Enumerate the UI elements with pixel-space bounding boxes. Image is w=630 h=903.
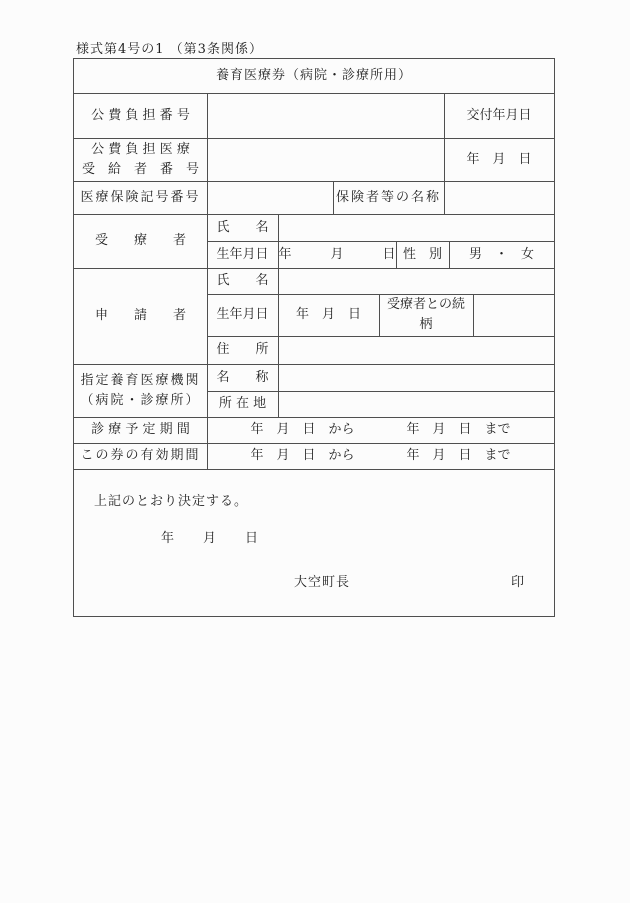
applicant-label: 申 請 者: [74, 268, 207, 364]
care-recipient-birthdate-value: 年 月 日: [278, 241, 396, 268]
insurance-number-label: 医療保険記号番号: [74, 181, 207, 214]
relationship-value: [473, 294, 554, 336]
voucher-table: 養育医療券（病院・診療所用） 公 費 負 担 番 号 交付年月日 公 費 負 担…: [73, 58, 555, 617]
insurer-name-label: 保険者等の名称: [333, 181, 444, 214]
institution-name-label: 名 称: [207, 364, 278, 391]
care-recipient-birthdate-label: 生年月日: [207, 241, 278, 268]
validity-period-label: この券の有効期間: [74, 443, 207, 469]
seal-mark: 印: [511, 570, 525, 596]
issue-date-label: 交付年月日: [444, 93, 554, 138]
issue-date-value: 年 月 日: [444, 138, 554, 181]
care-recipient-label: 受 療 者: [74, 214, 207, 268]
public-expense-number-label: 公 費 負 担 番 号: [74, 93, 207, 138]
mayor-name: 大空町長: [294, 570, 350, 596]
designated-institution-label-line2: （病院・診療所）: [80, 391, 200, 411]
treatment-period-value: 年 月 日 から 年 月 日 まで: [207, 417, 554, 443]
designated-institution-label-line1: 指定養育医療機関: [80, 371, 200, 391]
recipient-number-label-line1: 公 費 負 担 医 療: [91, 140, 190, 160]
recipient-number-label: 公 費 負 担 医 療 受 給 者 番 号: [74, 138, 207, 181]
applicant-name-label: 氏 名: [207, 268, 278, 294]
applicant-address-value: [278, 336, 554, 364]
sex-label: 性 別: [396, 241, 449, 268]
relationship-label: 受療者との続柄: [379, 294, 473, 336]
validity-period-value: 年 月 日 から 年 月 日 まで: [207, 443, 554, 469]
decision-date: 年 月 日: [161, 526, 259, 552]
insurer-name-value: [444, 181, 554, 214]
applicant-address-label: 住 所: [207, 336, 278, 364]
institution-name-value: [278, 364, 554, 391]
sex-value: 男 ・ 女: [449, 241, 554, 268]
public-expense-number-value: [207, 93, 444, 138]
institution-location-label: 所 在 地: [207, 391, 278, 417]
insurance-number-value: [207, 181, 333, 214]
care-recipient-name-label: 氏 名: [207, 214, 278, 241]
form-number-label: 様式第4号の1 （第3条関係）: [76, 38, 263, 57]
table-title: 養育医療券（病院・診療所用）: [74, 59, 554, 93]
applicant-name-value: [278, 268, 554, 294]
treatment-period-label: 診 療 予 定 期 間: [74, 417, 207, 443]
decision-note: 上記のとおり決定する。: [94, 489, 248, 515]
applicant-birthdate-value: 年 月 日: [278, 294, 379, 336]
recipient-number-label-line2: 受 給 者 番 号: [82, 160, 199, 180]
institution-location-value: [278, 391, 554, 417]
care-recipient-name-value: [278, 214, 554, 241]
recipient-number-value: [207, 138, 444, 181]
applicant-birthdate-label: 生年月日: [207, 294, 278, 336]
grid-line: [74, 469, 554, 470]
designated-institution-label: 指定養育医療機関 （病院・診療所）: [74, 364, 207, 417]
document-page: 様式第4号の1 （第3条関係） 養育医療券（病院・診療所用） 公 費 負 担 番…: [0, 0, 630, 903]
